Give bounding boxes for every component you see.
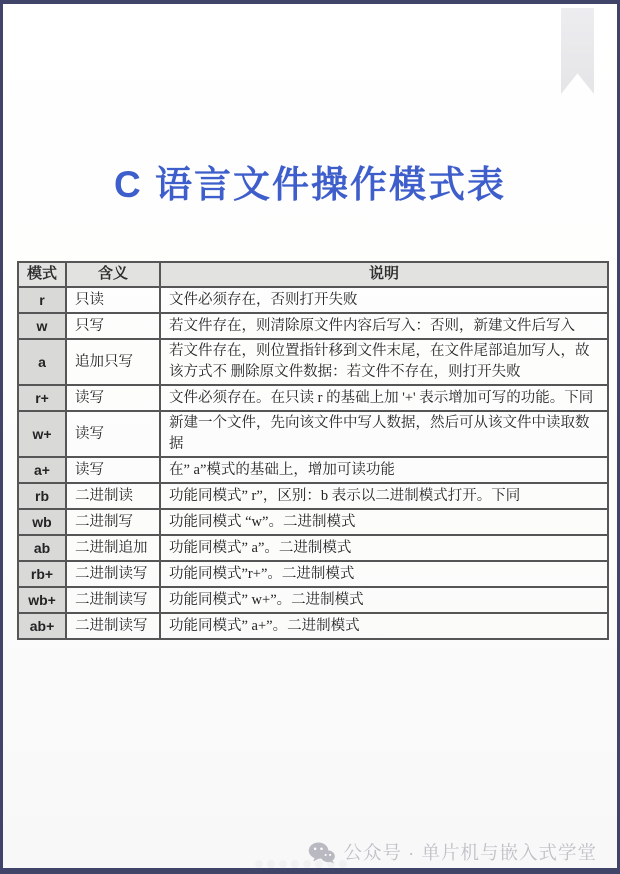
mode-cell: a+: [18, 457, 66, 483]
table-row: wb 二进制写 功能同模式 “w”。二进制模式: [18, 509, 608, 535]
description-cell: 若文件存在，则清除原文件内容后写入：否则，新建文件后写入: [160, 313, 608, 339]
description-cell: 若文件存在，则位置指针移到文件末尾，在文件尾部追加写人，故该方式不 删除原文件数…: [160, 339, 608, 385]
table-row: rb 二进制读 功能同模式” r”，区别：b 表示以二进制模式打开。下同: [18, 483, 608, 509]
meaning-cell: 二进制读写: [66, 587, 160, 613]
table-row: w+ 读写 新建一个文件，先向该文件中写人数据，然后可从该文件中读取数据: [18, 411, 608, 457]
table-row: w 只写 若文件存在，则清除原文件内容后写入：否则，新建文件后写入: [18, 313, 608, 339]
table-row: a 追加只写 若文件存在，则位置指针移到文件末尾，在文件尾部追加写人，故该方式不…: [18, 339, 608, 385]
mode-cell: wb+: [18, 587, 66, 613]
page-frame: C 语言文件操作模式表 模式 含义 说明 r 只读 文件必须存在，否则打开失败 …: [0, 0, 620, 874]
meaning-cell: 二进制写: [66, 509, 160, 535]
meaning-cell: 二进制读写: [66, 613, 160, 639]
table-row: wb+ 二进制读写 功能同模式” w+”。二进制模式: [18, 587, 608, 613]
meaning-cell: 追加只写: [66, 339, 160, 385]
mode-cell: w: [18, 313, 66, 339]
mode-cell: w+: [18, 411, 66, 457]
table-row: a+ 读写 在” a”模式的基础上，增加可读功能: [18, 457, 608, 483]
watermark: 公众号 · 单片机与嵌入式学堂: [308, 839, 597, 865]
meaning-cell: 二进制追加: [66, 535, 160, 561]
mode-cell: r: [18, 287, 66, 313]
description-cell: 功能同模式” a+”。二进制模式: [160, 613, 608, 639]
watermark-text: 公众号 · 单片机与嵌入式学堂: [344, 839, 597, 865]
meaning-cell: 读写: [66, 457, 160, 483]
header-mode: 模式: [18, 262, 66, 287]
mode-cell: a: [18, 339, 66, 385]
meaning-cell: 读写: [66, 385, 160, 411]
header-meaning: 含义: [66, 262, 160, 287]
mode-cell: ab+: [18, 613, 66, 639]
description-cell: 功能同模式” r”，区别：b 表示以二进制模式打开。下同: [160, 483, 608, 509]
page-title: C 语言文件操作模式表: [3, 154, 617, 208]
mode-cell: rb+: [18, 561, 66, 587]
description-cell: 新建一个文件，先向该文件中写人数据，然后可从该文件中读取数据: [160, 411, 608, 457]
meaning-cell: 只写: [66, 313, 160, 339]
table-row: ab+ 二进制读写 功能同模式” a+”。二进制模式: [18, 613, 608, 639]
meaning-cell: 二进制读: [66, 483, 160, 509]
table-row: rb+ 二进制读写 功能同模式”r+”。二进制模式: [18, 561, 608, 587]
description-cell: 功能同模式 “w”。二进制模式: [160, 509, 608, 535]
wechat-icon: [308, 841, 335, 864]
table-row: r+ 读写 文件必须存在。在只读 r 的基础上加 '+' 表示增加可写的功能。下…: [18, 385, 608, 411]
mode-cell: r+: [18, 385, 66, 411]
header-description: 说明: [160, 262, 608, 287]
meaning-cell: 读写: [66, 411, 160, 457]
description-cell: 功能同模式”r+”。二进制模式: [160, 561, 608, 587]
table-row: r 只读 文件必须存在，否则打开失败: [18, 287, 608, 313]
description-cell: 在” a”模式的基础上，增加可读功能: [160, 457, 608, 483]
table-header-row: 模式 含义 说明: [18, 262, 608, 287]
meaning-cell: 只读: [66, 287, 160, 313]
mode-cell: ab: [18, 535, 66, 561]
bookmark-ribbon-icon: [561, 8, 594, 94]
mode-cell: rb: [18, 483, 66, 509]
description-cell: 功能同模式” a”。二进制模式: [160, 535, 608, 561]
table-row: ab 二进制追加 功能同模式” a”。二进制模式: [18, 535, 608, 561]
description-cell: 文件必须存在。在只读 r 的基础上加 '+' 表示增加可写的功能。下同: [160, 385, 608, 411]
description-cell: 文件必须存在，否则打开失败: [160, 287, 608, 313]
meaning-cell: 二进制读写: [66, 561, 160, 587]
description-cell: 功能同模式” w+”。二进制模式: [160, 587, 608, 613]
file-mode-table: 模式 含义 说明 r 只读 文件必须存在，否则打开失败 w 只写 若文件存在，则…: [17, 261, 609, 640]
mode-cell: wb: [18, 509, 66, 535]
